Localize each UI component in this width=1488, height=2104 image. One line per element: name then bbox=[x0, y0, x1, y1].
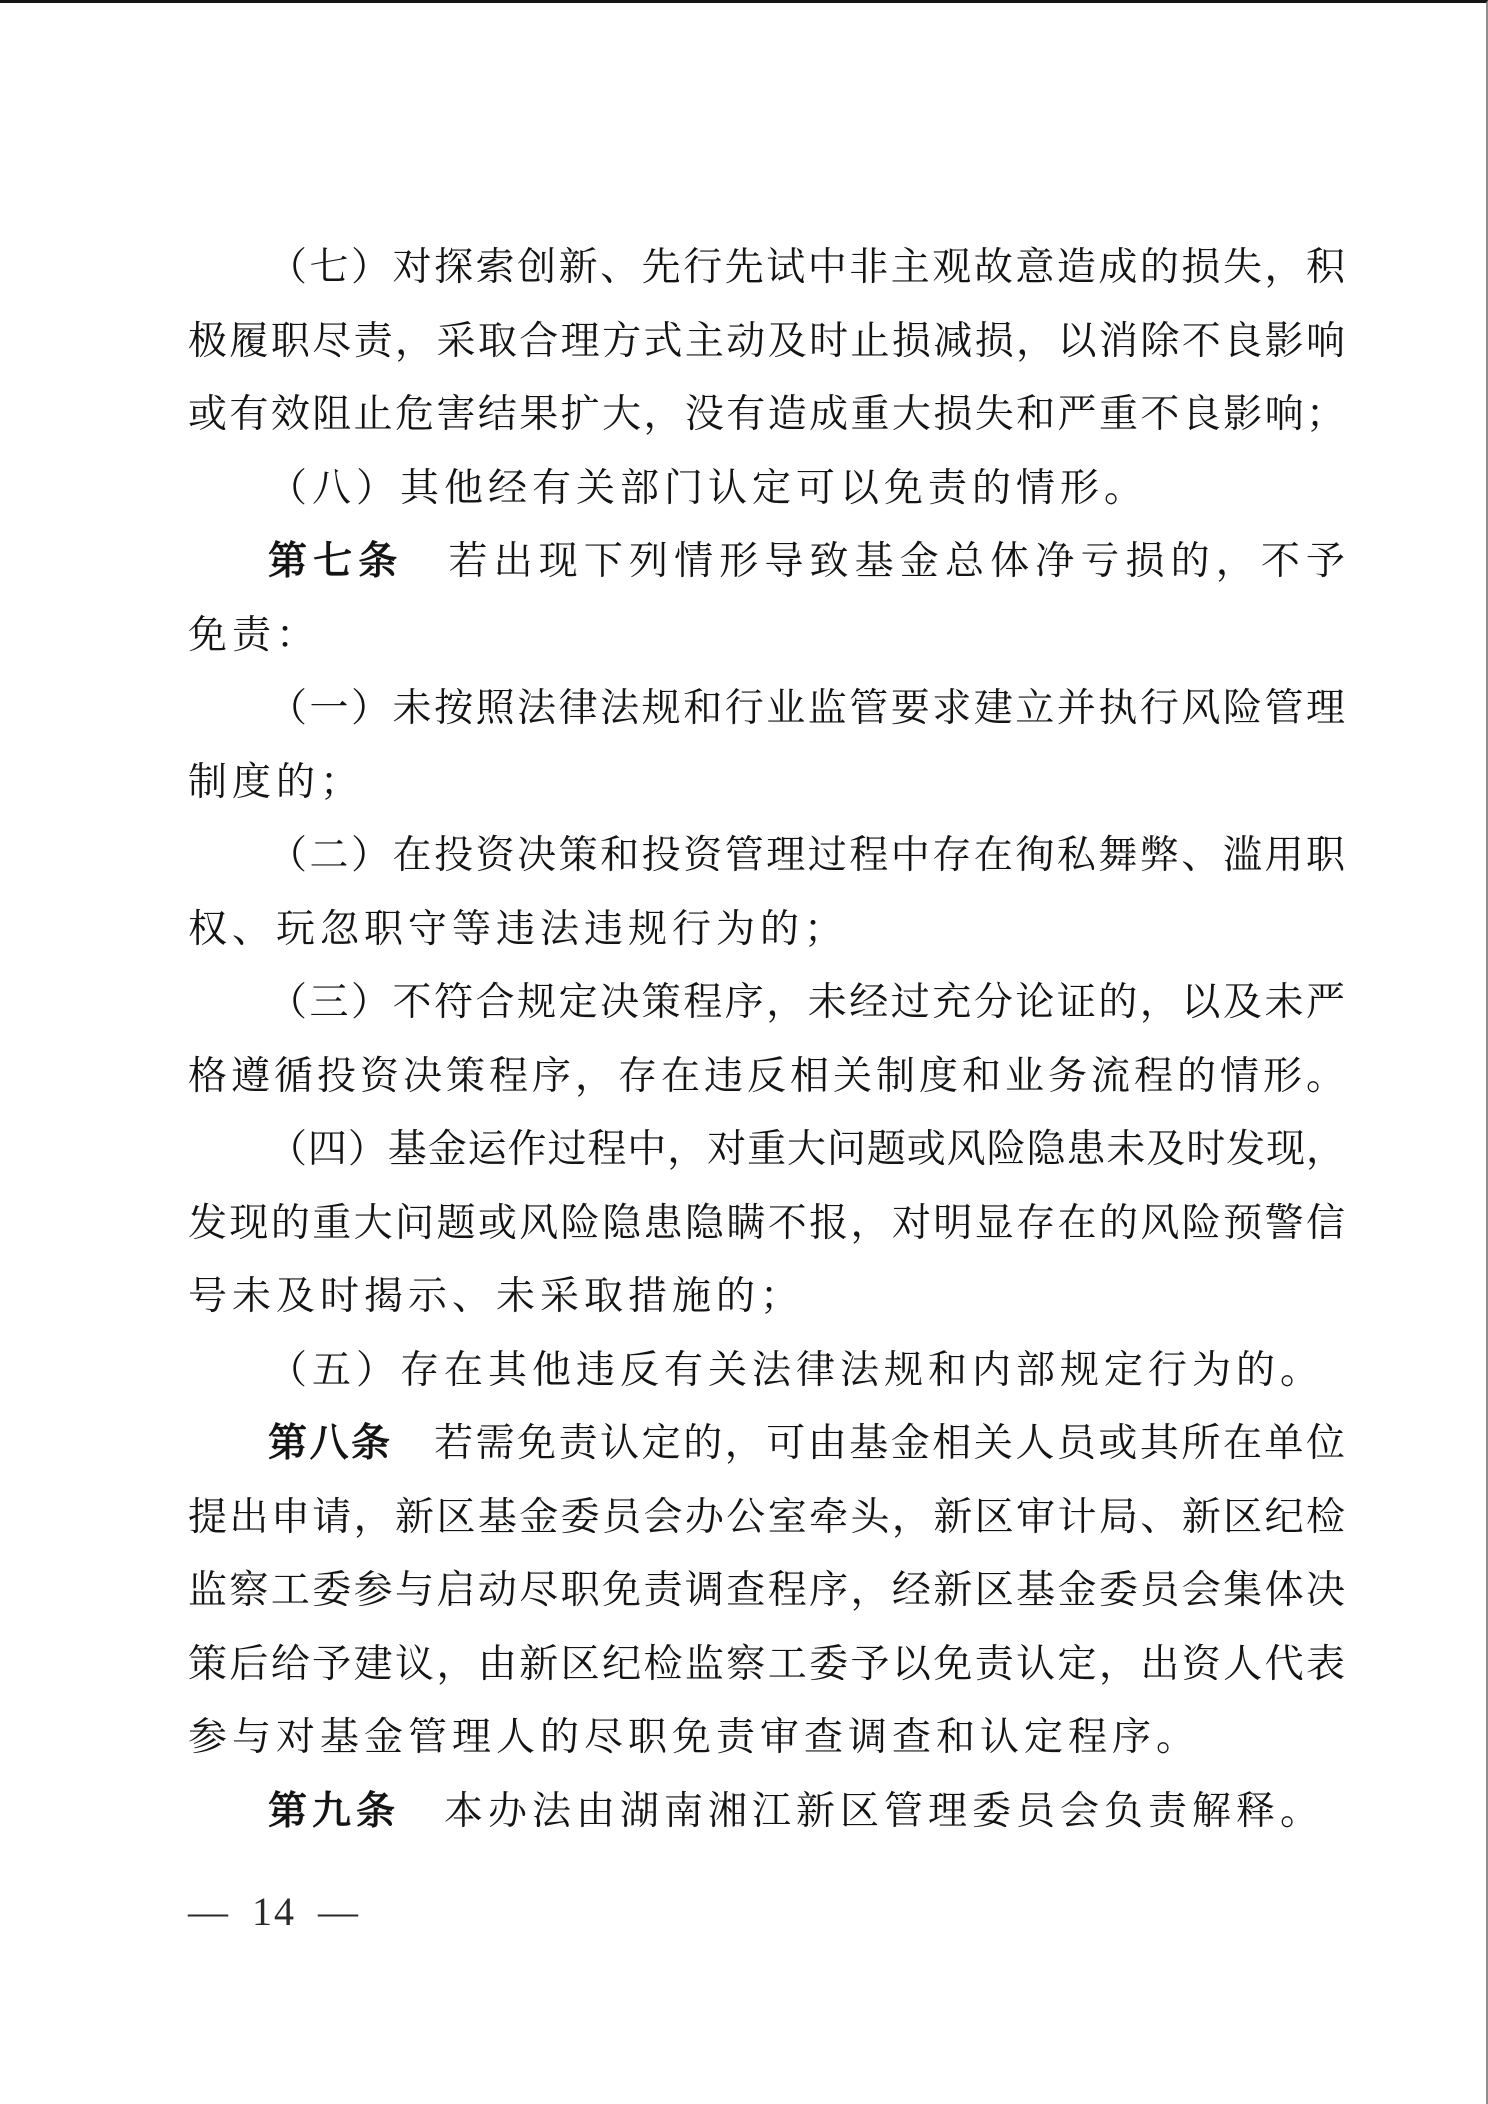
line-text: 发现的重大问题或风险隐患隐瞒不报，对明显存在的风险预警信 bbox=[188, 1202, 1345, 1245]
text-line: （一）未按照法律法规和行业监管要求建立并执行风险管理 bbox=[188, 672, 1345, 746]
line-text: （三）不符合规定决策程序，未经过充分论证的，以及未严 bbox=[268, 981, 1345, 1024]
line-text: （五）存在其他违反有关法律法规和内部规定行为的。 bbox=[268, 1349, 1324, 1392]
text-line: 号未及时揭示、未采取措施的； bbox=[188, 1260, 1345, 1334]
text-line: 参与对基金管理人的尽职免责审查调查和认定程序。 bbox=[188, 1701, 1345, 1775]
text-line: 格遵循投资决策程序，存在违反相关制度和业务流程的情形。 bbox=[188, 1040, 1345, 1114]
line-text: 参与对基金管理人的尽职免责审查调查和认定程序。 bbox=[188, 1716, 1200, 1759]
text-line: （三）不符合规定决策程序，未经过充分论证的，以及未严 bbox=[188, 966, 1345, 1040]
text-line: 策后给予建议，由新区纪检监察工委予以免责认定，出资人代表 bbox=[188, 1628, 1345, 1702]
line-text: （二）在投资决策和投资管理过程中存在徇私舞弊、滥用职 bbox=[268, 834, 1345, 877]
line-text: 制度的； bbox=[188, 761, 364, 804]
line-text: 权、玩忽职守等违法违规行为的； bbox=[188, 908, 848, 951]
line-text: （一）未按照法律法规和行业监管要求建立并执行风险管理 bbox=[268, 687, 1345, 730]
article-number: 第八条 bbox=[268, 1422, 393, 1465]
text-line: （八）其他经有关部门认定可以免责的情形。 bbox=[188, 452, 1345, 526]
line-text: （四）基金运作过程中，对重大问题或风险隐患未及时发现， bbox=[268, 1128, 1345, 1171]
text-line: 权、玩忽职守等违法违规行为的； bbox=[188, 893, 1345, 967]
line-text: 若需免责认定的，可由基金相关人员或其所在单位 bbox=[393, 1422, 1345, 1465]
line-text: 免责： bbox=[188, 614, 320, 657]
article-number: 第七条 bbox=[268, 540, 403, 583]
document-page: { "page": { "footer_text": "— 14 —" }, "… bbox=[0, 0, 1488, 2104]
line-text: （七）对探索创新、先行先试中非主观故意造成的损失，积 bbox=[268, 246, 1345, 289]
text-line: 第九条 本办法由湖南湘江新区管理委员会负责解释。 bbox=[188, 1775, 1345, 1849]
text-line: 免责： bbox=[188, 599, 1345, 673]
line-text: 若出现下列情形导致基金总体净亏损的，不予 bbox=[403, 540, 1345, 583]
text-line: 第八条 若需免责认定的，可由基金相关人员或其所在单位 bbox=[188, 1407, 1345, 1481]
text-line: （七）对探索创新、先行先试中非主观故意造成的损失，积 bbox=[188, 231, 1345, 305]
text-line: （五）存在其他违反有关法律法规和内部规定行为的。 bbox=[188, 1334, 1345, 1408]
text-line: （二）在投资决策和投资管理过程中存在徇私舞弊、滥用职 bbox=[188, 819, 1345, 893]
line-text: 本办法由湖南湘江新区管理委员会负责解释。 bbox=[400, 1790, 1324, 1833]
page-number: — 14 — bbox=[188, 1889, 360, 1934]
document-body: （七）对探索创新、先行先试中非主观故意造成的损失，积极履职尽责，采取合理方式主动… bbox=[188, 231, 1345, 1848]
text-line: 发现的重大问题或风险隐患隐瞒不报，对明显存在的风险预警信 bbox=[188, 1187, 1345, 1261]
text-line: 第七条 若出现下列情形导致基金总体净亏损的，不予 bbox=[188, 525, 1345, 599]
text-line: 极履职尽责，采取合理方式主动及时止损减损，以消除不良影响 bbox=[188, 305, 1345, 379]
line-text: 监察工委参与启动尽职免责调查程序，经新区基金委员会集体决 bbox=[188, 1569, 1345, 1612]
text-line: 制度的； bbox=[188, 746, 1345, 820]
line-text: 提出申请，新区基金委员会办公室牵头，新区审计局、新区纪检 bbox=[188, 1496, 1345, 1539]
article-number: 第九条 bbox=[268, 1790, 400, 1833]
text-line: 或有效阻止危害结果扩大，没有造成重大损失和严重不良影响； bbox=[188, 378, 1345, 452]
line-text: 格遵循投资决策程序，存在违反相关制度和业务流程的情形。 bbox=[188, 1055, 1345, 1098]
line-text: 极履职尽责，采取合理方式主动及时止损减损，以消除不良影响 bbox=[188, 320, 1345, 363]
line-text: 策后给予建议，由新区纪检监察工委予以免责认定，出资人代表 bbox=[188, 1643, 1345, 1686]
line-text: 或有效阻止危害结果扩大，没有造成重大损失和严重不良影响； bbox=[188, 393, 1345, 436]
text-line: （四）基金运作过程中，对重大问题或风险隐患未及时发现， bbox=[188, 1113, 1345, 1187]
text-line: 提出申请，新区基金委员会办公室牵头，新区审计局、新区纪检 bbox=[188, 1481, 1345, 1555]
line-text: 号未及时揭示、未采取措施的； bbox=[188, 1275, 804, 1318]
text-line: 监察工委参与启动尽职免责调查程序，经新区基金委员会集体决 bbox=[188, 1554, 1345, 1628]
line-text: （八）其他经有关部门认定可以免责的情形。 bbox=[268, 467, 1148, 510]
